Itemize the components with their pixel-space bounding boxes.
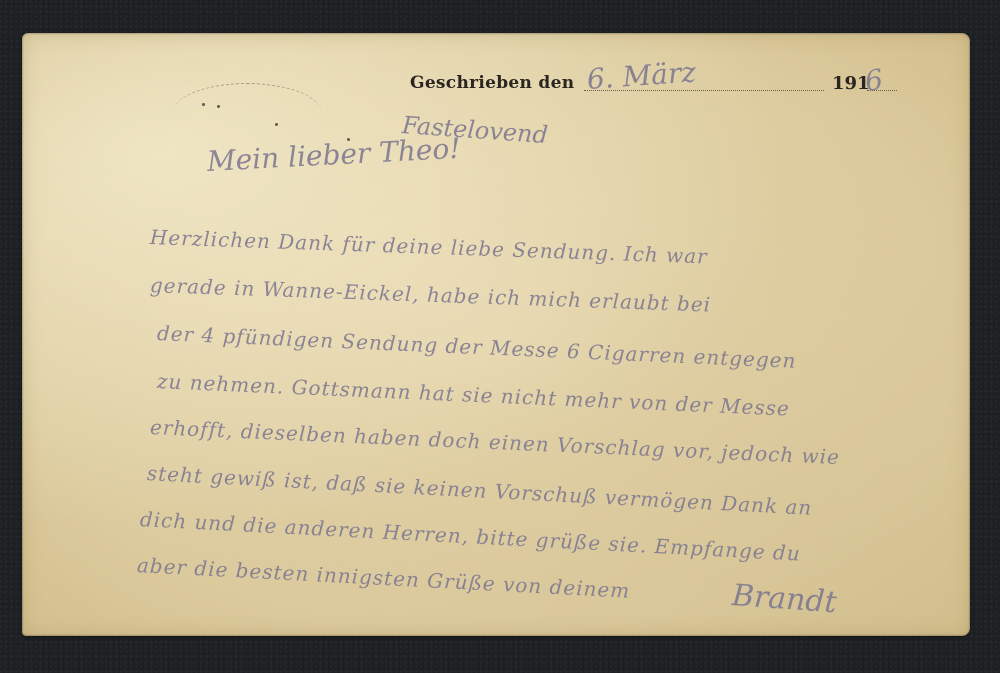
body-line: Herzlichen Dank für deine liebe Sendung.… bbox=[150, 225, 709, 268]
postcard: Geschrieben den 191 6. März 6 Fasteloven… bbox=[22, 33, 970, 636]
body-line: steht gewiß ist, daß sie keinen Vorschuß… bbox=[146, 461, 812, 520]
body-line: dich und die anderen Herren, bitte grüße… bbox=[139, 507, 801, 566]
printed-heading: Geschrieben den bbox=[410, 73, 574, 93]
ink-speck bbox=[202, 103, 205, 106]
body-line: erhofft, dieselben haben doch einen Vors… bbox=[149, 415, 840, 469]
body-line: aber die besten innigsten Grüße von dein… bbox=[136, 553, 630, 603]
body-line: gerade in Wanne-Eickel, habe ich mich er… bbox=[150, 273, 712, 317]
faint-postmark-arc bbox=[172, 83, 322, 144]
signature: Brandt bbox=[731, 578, 838, 620]
body-line: der 4 pfündigen Sendung der Messe 6 Ciga… bbox=[156, 321, 796, 373]
ink-speck bbox=[217, 105, 220, 108]
body-line: zu nehmen. Gottsmann hat sie nicht mehr … bbox=[156, 369, 790, 421]
ink-speck bbox=[275, 123, 278, 126]
handwritten-year-digit: 6 bbox=[863, 63, 885, 98]
